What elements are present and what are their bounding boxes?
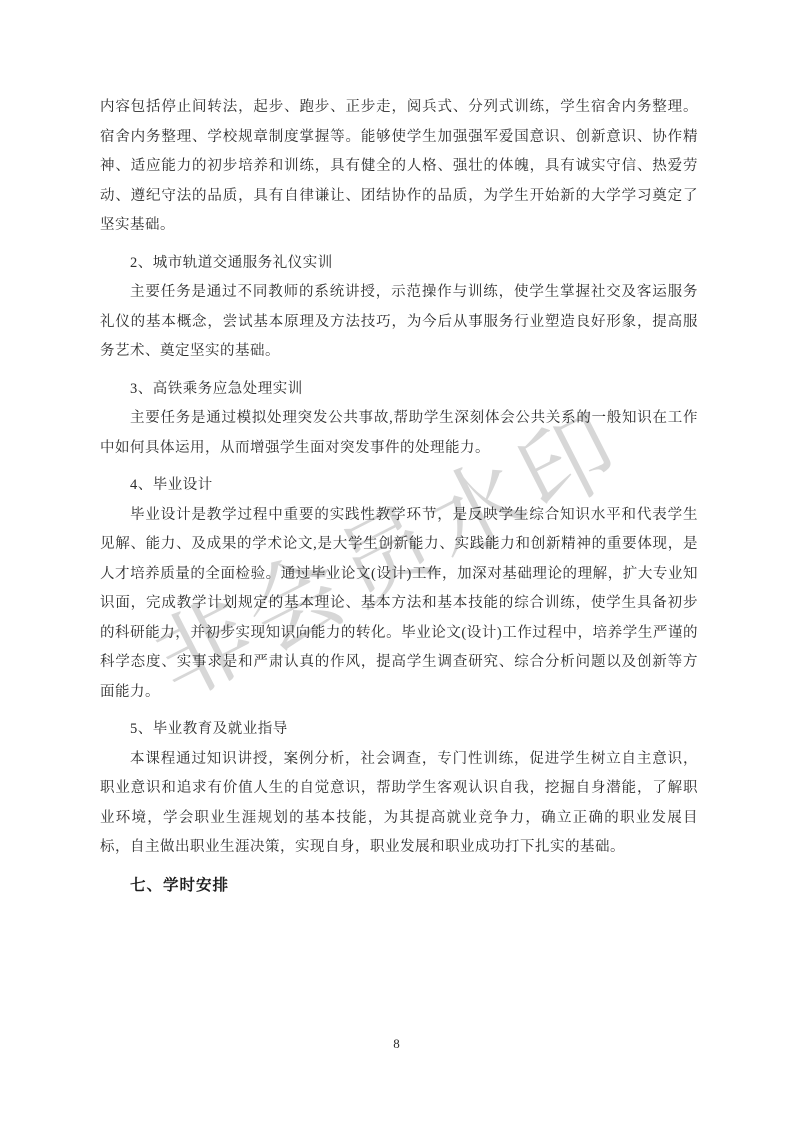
document-body: 内容包括停止间转法，起步、跑步、正步走，阅兵式、分列式训练，学生宿舍内务整理。宿… xyxy=(100,93,698,900)
paragraph: 本课程通过知识讲授，案例分析，社会调查，专门性训练，促进学生树立自主意识，职业意… xyxy=(100,745,698,863)
list-item-heading-3: 3、高铁乘务应急处理实训 xyxy=(100,375,698,405)
list-item-heading-5: 5、毕业教育及就业指导 xyxy=(100,715,698,745)
paragraph: 主要任务是通过模拟处理突发公共事故,帮助学生深刻体会公共关系的一般知识在工作中如… xyxy=(100,404,698,463)
list-item-heading-4: 4、毕业设计 xyxy=(100,471,698,501)
list-item-heading-2: 2、城市轨道交通服务礼仪实训 xyxy=(100,249,698,279)
document-page: 非会员水印 内容包括停止间转法，起步、跑步、正步走，阅兵式、分列式训练，学生宿舍… xyxy=(0,0,793,1122)
paragraph-continued: 内容包括停止间转法，起步、跑步、正步走，阅兵式、分列式训练，学生宿舍内务整理。宿… xyxy=(100,93,698,241)
page-number: 8 xyxy=(0,1036,793,1052)
paragraph: 主要任务是通过不同教师的系统讲授，示范操作与训练，使学生掌握社交及客运服务礼仪的… xyxy=(100,278,698,367)
paragraph: 毕业设计是教学过程中重要的实践性教学环节，是反映学生综合知识水平和代表学生见解、… xyxy=(100,501,698,708)
section-heading-hours-arrangement: 七、学时安排 xyxy=(100,871,698,901)
